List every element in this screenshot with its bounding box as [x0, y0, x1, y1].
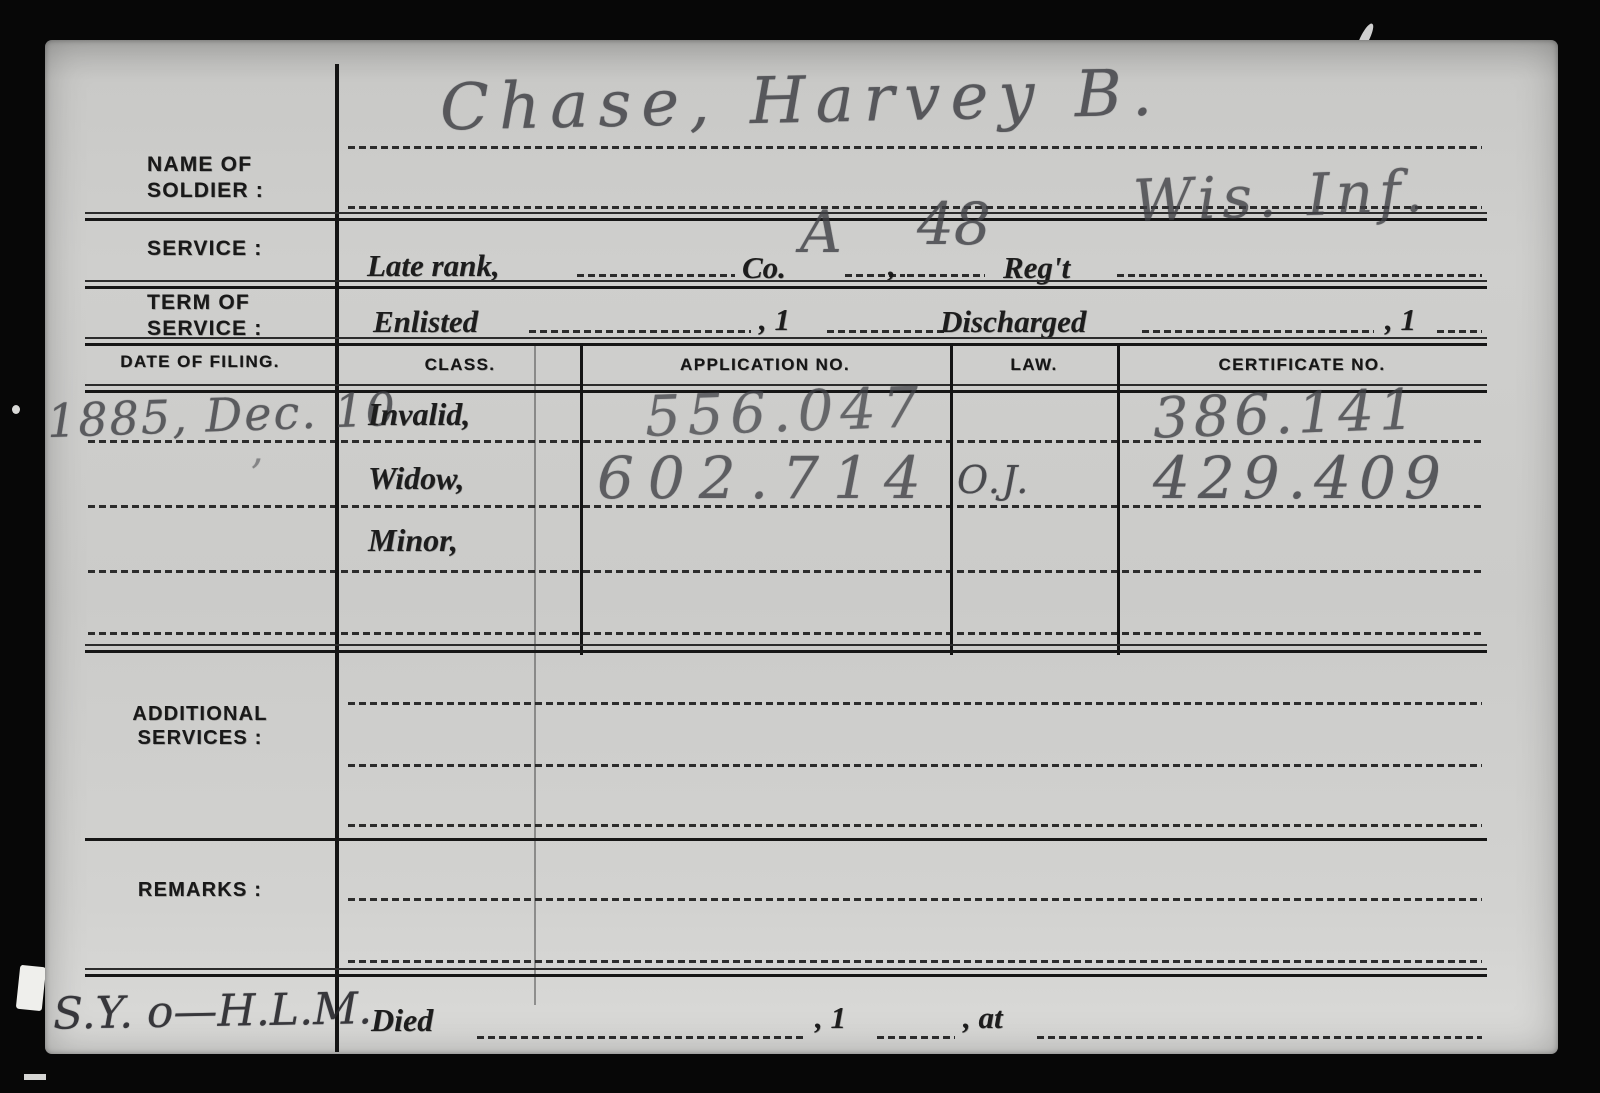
- rule-line: [85, 968, 1487, 970]
- dotted-line: [88, 440, 1482, 443]
- scan-artifact: [16, 965, 46, 1011]
- table-column-divider: [950, 345, 953, 655]
- name-of-soldier-label: NAME OF SOLDIER :: [147, 152, 264, 203]
- rule-line: [85, 286, 1487, 289]
- company-value-handwritten: A: [800, 198, 842, 266]
- table-column-divider: [580, 345, 583, 655]
- column-header-certificate-no: CERTIFICATE NO.: [1120, 355, 1484, 375]
- column-header-application-no: APPLICATION NO.: [583, 355, 947, 375]
- application-no-widow: 602.714: [597, 444, 935, 512]
- column-header-class: CLASS.: [340, 355, 580, 375]
- card-crease-line: [534, 345, 536, 1005]
- term-of-service-label: TERM OF SERVICE :: [147, 290, 262, 341]
- remarks-label: REMARKS :: [65, 878, 335, 902]
- dotted-line: [88, 570, 1482, 573]
- service-label: SERVICE :: [147, 236, 262, 262]
- clerk-stamp-handwritten: S.Y. o—H.L.M.: [53, 983, 373, 1040]
- company-comma: ,: [888, 248, 896, 284]
- discharged-label: Discharged: [940, 304, 1086, 340]
- dotted-line: [1142, 330, 1374, 333]
- dotted-line: [348, 764, 1482, 767]
- dotted-line: [88, 505, 1482, 508]
- rule-line: [85, 838, 1487, 841]
- term-label-line1: TERM OF: [147, 290, 262, 316]
- dotted-line: [577, 274, 735, 277]
- scan-artifact: [12, 405, 20, 414]
- date-of-filing-ditto-mark: ’: [250, 452, 263, 498]
- date-of-filing-value: 1885, Dec. 10: [46, 382, 398, 448]
- dotted-line: [1037, 1036, 1482, 1039]
- rule-line: [85, 644, 1487, 646]
- application-no-invalid: 556.047: [644, 375, 927, 450]
- certificate-no-widow: 429.409: [1153, 444, 1449, 512]
- rule-line: [85, 343, 1487, 346]
- dotted-line: [477, 1036, 807, 1039]
- class-minor-label: Minor,: [368, 522, 458, 559]
- dotted-line: [348, 702, 1482, 705]
- rule-line: [85, 280, 1487, 282]
- enlisted-label: Enlisted: [373, 304, 478, 340]
- name-label-line1: NAME OF: [147, 152, 264, 178]
- law-value-widow: O.J.: [957, 458, 1030, 502]
- dotted-line: [348, 898, 1482, 901]
- dotted-line: [907, 274, 985, 277]
- enlisted-value: , 1: [759, 302, 790, 338]
- table-column-divider: [1117, 345, 1120, 655]
- scan-artifact: [24, 1074, 46, 1080]
- dotted-line: [88, 632, 1482, 635]
- regiment-number-handwritten: 48: [917, 190, 991, 258]
- dotted-line: [348, 960, 1482, 963]
- rule-line: [85, 650, 1487, 653]
- additional-services-label: ADDITIONAL SERVICES :: [65, 702, 335, 751]
- column-header-law: LAW.: [953, 355, 1115, 375]
- soldier-name-handwritten: Chase, Harvey B.: [439, 56, 1163, 145]
- dotted-line: [845, 274, 905, 277]
- dotted-line: [877, 1036, 955, 1039]
- scan-background: NAME OF SOLDIER : Chase, Harvey B. SERVI…: [0, 0, 1600, 1093]
- dotted-line: [348, 824, 1482, 827]
- dotted-line: [1437, 330, 1482, 333]
- dotted-line: [1117, 274, 1482, 277]
- rule-line: [85, 337, 1487, 339]
- name-label-line2: SOLDIER :: [147, 178, 264, 204]
- class-widow-label: Widow,: [368, 460, 464, 497]
- additional-label-line2: SERVICES :: [65, 726, 335, 750]
- class-invalid-label: Invalid,: [368, 396, 470, 433]
- dotted-line: [827, 330, 945, 333]
- pension-index-card: NAME OF SOLDIER : Chase, Harvey B. SERVI…: [45, 40, 1558, 1054]
- column-header-date-of-filing: DATE OF FILING.: [65, 352, 335, 372]
- additional-label-line1: ADDITIONAL: [65, 702, 335, 726]
- dotted-line: [348, 146, 1482, 149]
- regiment-value-handwritten: Wis. Inf.: [1132, 157, 1430, 235]
- discharged-value: , 1: [1385, 302, 1416, 338]
- rule-line: [85, 974, 1487, 977]
- dotted-line: [529, 330, 751, 333]
- late-rank-label: Late rank,: [367, 248, 500, 284]
- died-label: Died: [371, 1002, 433, 1039]
- died-at-label: , at: [963, 1000, 1003, 1036]
- died-value: , 1: [815, 1000, 846, 1036]
